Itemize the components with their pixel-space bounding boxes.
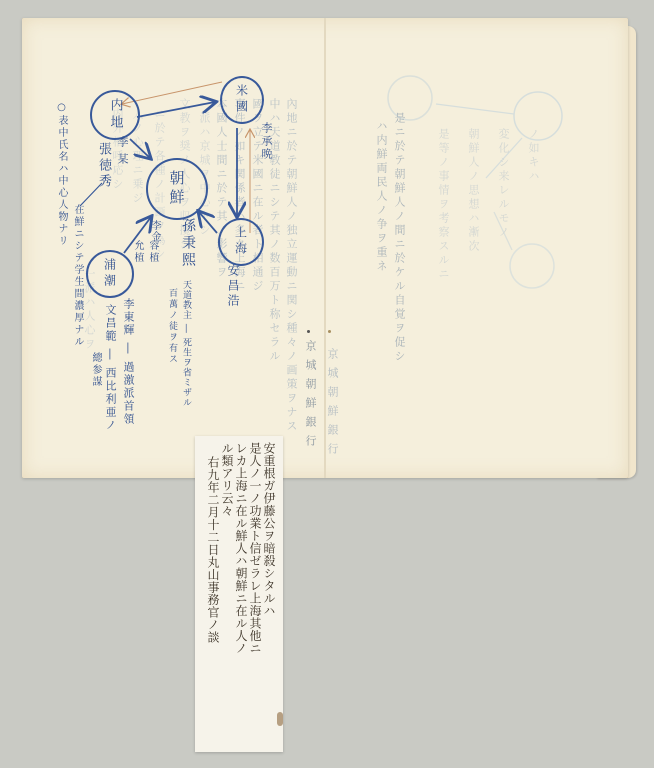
imprint-dot (328, 330, 331, 333)
node-label: 内地 (106, 98, 125, 132)
chosen-person-b: 容植 允植 (130, 240, 160, 270)
urashio-person-1: 李東輝 ― 過激派首領 (120, 298, 136, 426)
urashio-person-3: 總参謀 (88, 352, 103, 388)
margin-note: ○表中氏名ハ中心人物ナリ (54, 102, 69, 247)
son-note-1: 天道教主 ― 死生ヲ省ミザル (180, 280, 193, 408)
printed-column: 是ニ於テ朝鮮人ノ間ニ於ケル自覚ヲ促シ (392, 112, 406, 372)
shanghai-person: 安昌浩 (225, 264, 242, 309)
printed-column: 朝鮮人ノ思想ハ漸次 (466, 128, 480, 428)
node-beikoku: 米國 (220, 76, 264, 124)
son-byonghui: 孫秉熙 (178, 218, 198, 269)
printed-column: 変化シ来レルモノ (496, 128, 510, 428)
printed-column: 一派ハ京城ヲ中心トシ (197, 98, 211, 458)
chosen-person-a: 李金 (147, 220, 162, 242)
printed-column: 內地ニ於テ朝鮮人ノ独立運動ニ関シ種々ノ画策ヲナス (284, 98, 298, 458)
urashio-person-2: 文昌範 ― 西比利亜ノ (102, 304, 118, 432)
naichi-person-2: 李某 (114, 136, 130, 170)
beikoku-person: 李承晩 (258, 122, 274, 161)
node-naichi: 内地 (90, 90, 140, 140)
printed-column: 是等ノ事情ヲ考察スルニ (436, 128, 450, 428)
right-page: 是ニ於テ朝鮮人ノ間ニ於ケル自覚ヲ促シ ハ内鮮両民人ノ争ヲ重ネ 是等ノ事情ヲ考察ス… (326, 18, 628, 478)
paper-stain (277, 712, 283, 726)
note-line: ル類アリ云々 (220, 442, 233, 562)
note-line: 是人ノ一ノ功業ト信ゼラレ上海其他ニ (248, 442, 261, 742)
printer-imprint: 京城朝鮮銀行 (302, 340, 318, 454)
node-label: 米國 (234, 84, 251, 116)
naichi-person: 張徳秀 (94, 142, 113, 190)
printed-column: ハ内鮮両民人ノ争ヲ重ネ (374, 120, 388, 320)
node-urashio: 浦潮 (86, 250, 134, 298)
note-line: 安重根ガ伊藤公ヲ暗殺シタルハ (262, 442, 275, 742)
printed-column: ノ如キハ (526, 128, 540, 428)
node-chosen: 朝鮮 (146, 158, 208, 220)
node-shanghai: 上海 (218, 218, 264, 266)
attached-note-slip: 安重根ガ伊藤公ヲ暗殺シタルハ 是人ノ一ノ功業ト信ゼラレ上海其他ニ レカ上海ニ在ル… (195, 436, 283, 752)
student-note: 在鮮ニシテ学生間濃厚ナル (70, 204, 85, 348)
note-line: レカ上海ニ在ル鮮人ハ朝鮮ニ在ル人ノ (234, 442, 247, 742)
node-label: 上海 (233, 226, 250, 258)
imprint-dot (307, 330, 310, 333)
node-label: 浦潮 (102, 258, 119, 290)
son-note-2: 百萬ノ徒ヲ有ス (166, 288, 179, 365)
note-date-line: 右九年二月十二日丸山事務官ノ談 (206, 456, 219, 656)
node-label: 朝鮮 (167, 170, 188, 208)
left-page: 內地ニ於テ朝鮮人ノ独立運動ニ関シ種々ノ画策ヲナス 中ハ天道教徒ニシテ其ノ数百万ト… (22, 18, 324, 478)
printer-imprint: 京城朝鮮銀行 (324, 348, 340, 462)
open-booklet: 內地ニ於テ朝鮮人ノ独立運動ニ関シ種々ノ画策ヲナス 中ハ天道教徒ニシテ其ノ数百万ト… (22, 18, 628, 478)
